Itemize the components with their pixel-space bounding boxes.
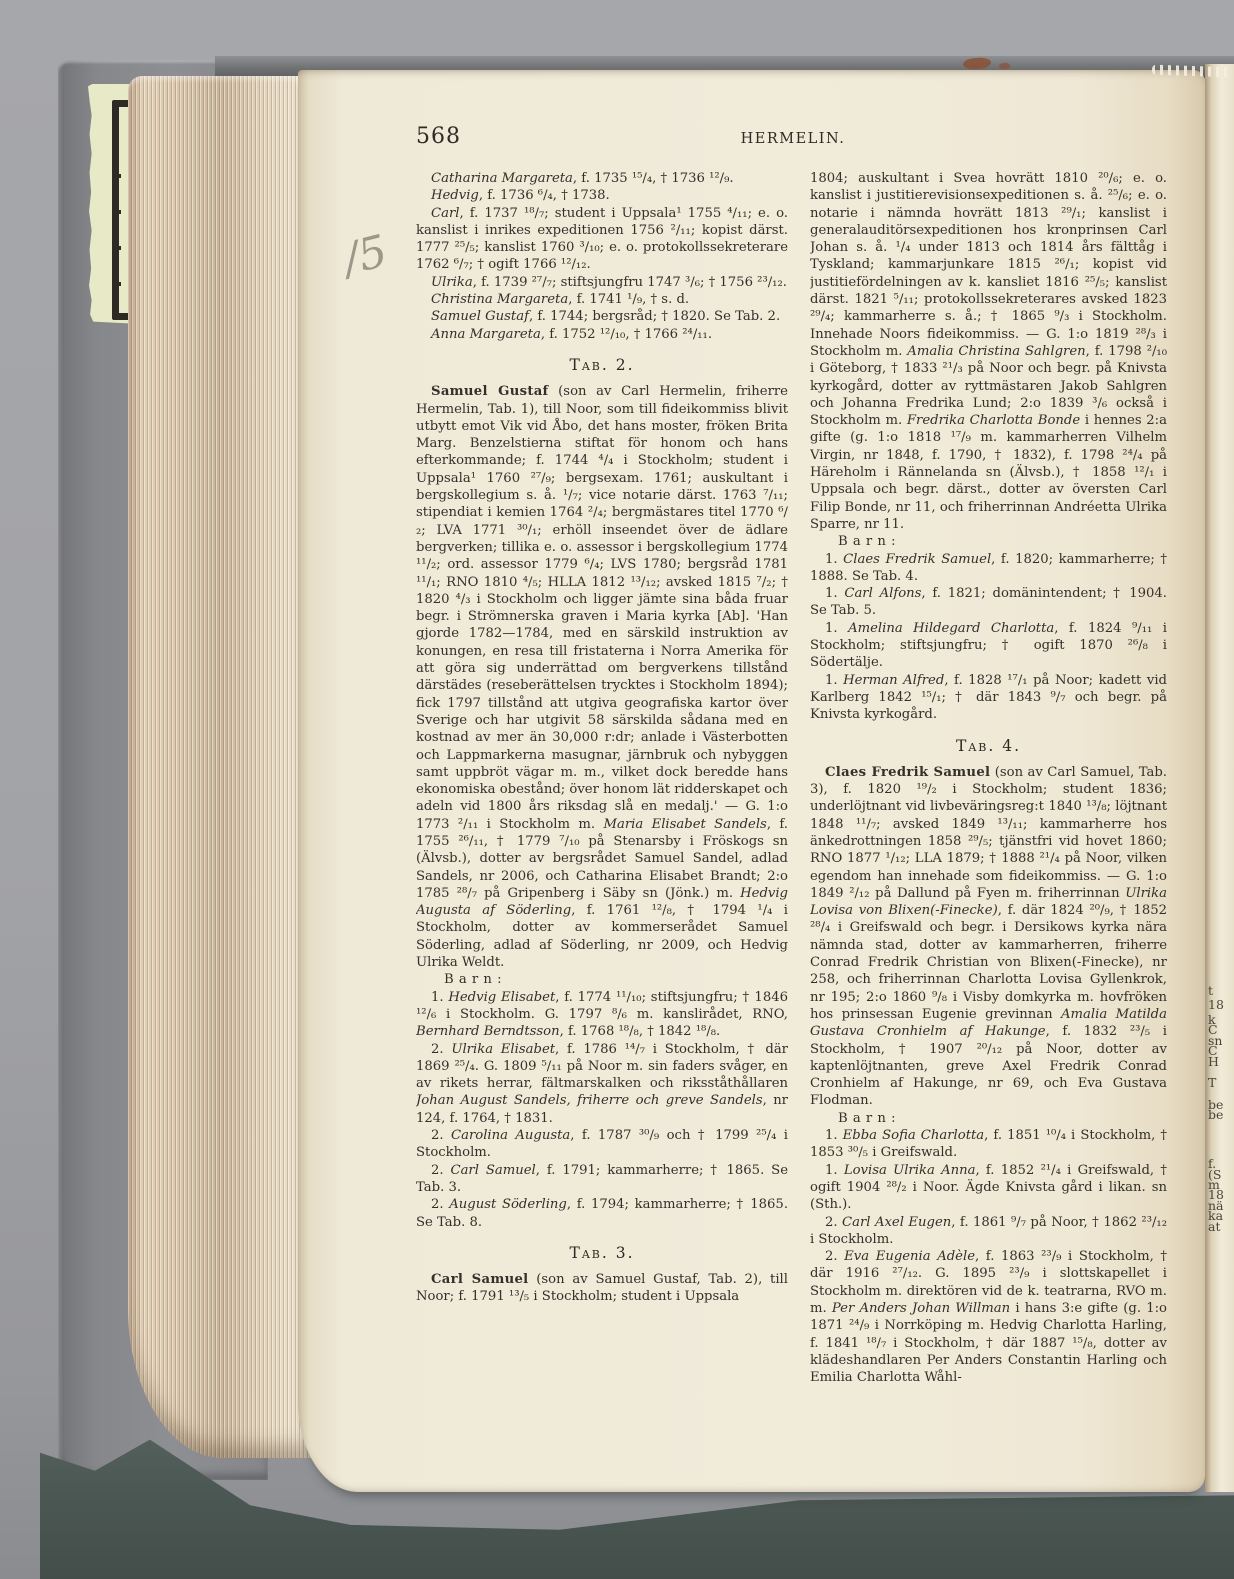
paragraph: 1. Hedvig Elisabet, f. 1774 ¹¹/₁₀; stift… (416, 989, 788, 1041)
left-text-column: Catharina Margareta, f. 1735 ¹⁵/₄, † 173… (416, 170, 788, 1455)
table-heading: Tab. 4. (810, 738, 1167, 755)
paragraph: B a r n : (810, 533, 1167, 550)
paragraph: Carl Samuel (son av Samuel Gustaf, Tab. … (416, 1271, 788, 1306)
paragraph: 1. Lovisa Ulrika Anna, f. 1852 ²¹/₄ i Gr… (810, 1162, 1167, 1214)
table-heading: Tab. 2. (416, 357, 788, 374)
paragraph: 2. August Söderling, f. 1794; kammarherr… (416, 1196, 788, 1231)
right-text-column: 1804; auskultant i Svea hovrätt 1810 ²⁰/… (810, 170, 1167, 1455)
paragraph: 2. Carolina Augusta, f. 1787 ³⁰/₉ och † … (416, 1127, 788, 1162)
paragraph: Samuel Gustaf, f. 1744; bergsråd; † 1820… (416, 308, 788, 325)
paragraph: Samuel Gustaf (son av Carl Hermelin, fri… (416, 383, 788, 971)
paragraph: 2. Ulrika Elisabet, f. 1786 ¹⁴/₇ i Stock… (416, 1041, 788, 1127)
paragraph: 1. Ebba Sofia Charlotta, f. 1851 ¹⁰/₄ i … (810, 1127, 1167, 1162)
paragraph: 2. Eva Eugenia Adèle, f. 1863 ²³/₉ i Sto… (810, 1248, 1167, 1386)
facing-page-text-fragment: H (1208, 1054, 1219, 1069)
book-photo-scene: 568 HERMELIN. Catharina Margareta, f. 17… (0, 0, 1234, 1579)
paragraph: Hedvig, f. 1736 ⁶/₄, † 1738. (416, 187, 788, 204)
paragraph: Catharina Margareta, f. 1735 ¹⁵/₄, † 173… (416, 170, 788, 187)
paragraph: Ulrika, f. 1739 ²⁷/₇; stiftsjungfru 1747… (416, 274, 788, 291)
paragraph: 1. Carl Alfons, f. 1821; domänintendent;… (810, 585, 1167, 620)
paragraph: 1. Herman Alfred, f. 1828 ¹⁷/₁ på Noor; … (810, 672, 1167, 724)
facing-page-text-fragment: be (1208, 1107, 1223, 1122)
paragraph: B a r n : (416, 971, 788, 988)
gutter-facing-page: t18kCsnCHTbebef.(Sm18näkaat (1205, 64, 1234, 1492)
paragraph: 2. Carl Axel Eugen, f. 1861 ⁹/₇ på Noor,… (810, 1214, 1167, 1249)
facing-page-text-fragment: t (1208, 983, 1213, 998)
facing-page-text-fragment: at (1208, 1219, 1220, 1234)
page-number: 568 (416, 124, 461, 149)
paragraph: 1. Amelina Hildegard Charlotta, f. 1824 … (810, 620, 1167, 672)
paragraph: Anna Margareta, f. 1752 ¹²/₁₀, † 1766 ²⁴… (416, 326, 788, 343)
running-header: HERMELIN. (653, 131, 933, 147)
paragraph: Carl, f. 1737 ¹⁸/₇; student i Uppsala¹ 1… (416, 205, 788, 274)
pencil-margin-note: /5 (338, 226, 392, 286)
paragraph: 2. Carl Samuel, f. 1791; kammarherre; † … (416, 1162, 788, 1197)
bookmark-dashes (118, 174, 121, 294)
fanned-page-edges (128, 76, 314, 1458)
paragraph: Christina Margareta, f. 1741 ¹/₉, † s. d… (416, 291, 788, 308)
paragraph: Claes Fredrik Samuel (son av Carl Samuel… (810, 764, 1167, 1110)
table-heading: Tab. 3. (416, 1245, 788, 1262)
paragraph: 1. Claes Fredrik Samuel, f. 1820; kammar… (810, 551, 1167, 586)
paragraph: 1804; auskultant i Svea hovrätt 1810 ²⁰/… (810, 170, 1167, 533)
paragraph: B a r n : (810, 1110, 1167, 1127)
book-page: 568 HERMELIN. Catharina Margareta, f. 17… (298, 70, 1205, 1492)
facing-page-text-fragment: 18 (1208, 997, 1224, 1012)
facing-page-text-fragment: T (1208, 1075, 1216, 1090)
